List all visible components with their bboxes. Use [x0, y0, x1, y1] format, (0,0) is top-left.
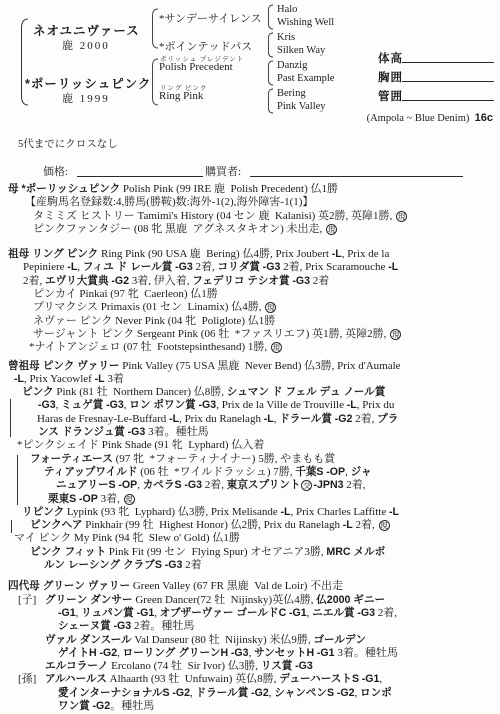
text-segment: サンセットH [254, 647, 314, 659]
text-segment: グリーン ヴァリー [43, 580, 130, 592]
text-segment: Ercolano (74 牡 Sir Ivor) 仏3勝, [108, 660, 260, 672]
text-segment: -G3 [184, 479, 202, 491]
text-segment: リュパン賞 [81, 607, 134, 619]
text-segment: ローリング グリーンH [123, 647, 229, 659]
brace-icon [267, 60, 274, 86]
grandparent-name: Bering [277, 88, 326, 101]
text-segment: -G3 [38, 399, 56, 411]
text-segment: 2着, [375, 607, 397, 619]
text-segment: マイ ピンク My Pink (94 牝 Slew o' Gold) 仏1勝 [14, 532, 240, 544]
measurement-label-cannon: 管囲 [378, 88, 403, 104]
status-circle: 現 [390, 329, 401, 340]
text-segment: -L [280, 506, 290, 518]
text-line: フォーティエース (97 牝 *フォーティナイナー) 5勝, やまもも賞 [0, 453, 500, 466]
text-line: ヴァル ダンスール Val Danseur (80 牡 Nijinsky) 米仏… [0, 634, 500, 647]
text-segment: 仏2000 ギニー [316, 594, 385, 606]
text-segment: -G3 [175, 261, 193, 273]
text-segment: Green Dancer(72 牡 Nijinsky)英仏4勝, [133, 594, 317, 606]
text-segment: ピンクヘア [30, 519, 82, 531]
price-field [77, 164, 203, 177]
text-segment: ネヴァー ピンク Never Pink (04 牝 Poliglote) 仏1勝 [33, 315, 275, 327]
text-segment: , Prix de la Ville de Trouville [216, 399, 347, 411]
grandparent-name: Past Example [277, 73, 334, 86]
tree-line [17, 455, 18, 505]
text-segment: -G2 [251, 687, 269, 699]
brace-icon [151, 8, 159, 49]
text-segment: -L [95, 373, 105, 385]
grandparent-pair: BeringPink Valley [277, 88, 326, 113]
text-segment: [子] [18, 594, 45, 607]
text-segment: ピンクファンタジー (08 牝 黒鹿 アグネスタキオン) 未出走, [33, 223, 325, 235]
text-segment: 2着 [182, 559, 201, 571]
text-segment: カペラS [143, 479, 182, 491]
text-segment: -G1 [362, 673, 380, 685]
text-segment: アルハールス [45, 673, 107, 685]
text-segment: -G2 [337, 687, 355, 699]
text-segment: 栗東S [48, 493, 76, 505]
text-segment: -OP [118, 479, 137, 491]
grandparent-pair: HaloWishing Well [277, 4, 334, 29]
text-segment: 2着, [202, 479, 227, 491]
family-number: 16c [475, 112, 493, 124]
text-segment: -G3 [165, 559, 183, 571]
text-segment: -L [264, 413, 274, 425]
status-circle: 現 [265, 302, 276, 313]
text-line: ティアップワイルド (06 牡 *ワイルドラッシュ) 7勝, 千葉S -OP, … [0, 466, 500, 479]
grandparent-pair: KrisSilken Way [277, 32, 325, 57]
pedigree-notes: 母 *ポーリッシュピンク Polish Pink (99 IRE 鹿 Polis… [0, 183, 500, 713]
text-segment: リス賞 [261, 660, 293, 672]
text-segment: Lypink (93 牝 Lyphard) 仏3勝, Prix Melisand… [64, 506, 280, 518]
text-segment: 2着, Prix Scaramouche [280, 261, 388, 273]
dam-detail: 鹿 1999 [62, 90, 110, 106]
text-segment: 2着, [344, 479, 366, 491]
text-segment: , Prix Charles Laffitte [290, 506, 388, 518]
text-segment: フィユ ド レール賞 [83, 261, 173, 273]
text-segment: Green Valley (67 FR 黒鹿 Val de Loir) 不出走 [130, 580, 343, 592]
grandparent-pair: DanzigPast Example [277, 60, 334, 85]
text-segment: 3着, 伊入着, [129, 275, 192, 287]
text-line: プリマクシス Primaxis (01 セン Linamix) 仏4勝, 現 [0, 301, 500, 314]
text-segment: ピンカイ Pinkai (97 牝 Caerleon) 仏1勝 [33, 288, 218, 300]
text-line: ネヴァー ピンク Never Pink (04 牝 Poliglote) 仏1勝 [0, 315, 500, 328]
text-line: 愛インターナショナルS -G2, ドラール賞 -G2, シャンペンS -G2, … [0, 687, 500, 700]
text-segment: -G3 [106, 399, 124, 411]
text-segment: -G3 [199, 399, 217, 411]
text-line: [孫]アルハールス Alhaarth (93 牡 Unfuwain) 英仏8勝,… [0, 673, 500, 686]
text-segment: (97 牝 *フォーティナイナー) 5勝, やまもも賞 [113, 453, 335, 465]
parent-name: *ポインテッドパス [159, 38, 252, 54]
text-line: 2着, エヴリ大賞典 -G2 3着, 伊入着, フェデリコ テシオ賞 -G3 2… [0, 275, 500, 288]
family-line-text: (Ampola ~ Blue Denim) [367, 113, 470, 124]
text-segment: リング ピンク [32, 248, 98, 260]
text-segment: シャンペンS [274, 687, 334, 699]
text-segment: 2着。種牡馬 [131, 620, 194, 632]
text-segment: 。種牡馬 [110, 700, 154, 712]
text-segment: 曾祖母 [8, 360, 43, 372]
text-segment: -G3 [128, 426, 146, 438]
text-line: ピンクヘア Pinkhair (99 牡 Highest Honor) 仏2勝,… [0, 519, 500, 532]
text-segment: 四代母 [8, 580, 43, 592]
text-segment: *ナイトアンジェロ (07 牡 Footstepsinthesand) 1勝, [29, 341, 270, 353]
text-segment: タミミズ ヒストリー Tamimi's History (04 セン 鹿 Kal… [33, 210, 395, 222]
text-line: -G1, リュパン賞 -G1, オブザーヴァー ゴールドC -G1, ニエル賞 … [0, 607, 500, 620]
text-segment: デューハーストS [279, 673, 359, 685]
text-segment: 3着。種牡馬 [145, 426, 208, 438]
grandparent-name: Pink Valley [277, 101, 326, 114]
text-line: Pepiniere -L, フィユ ド レール賞 -G3 2着, コリダ賞 -G… [0, 261, 500, 274]
text-segment: -G3 [357, 607, 375, 619]
text-segment: -L [169, 413, 179, 425]
text-line: ピンク フィット Pink Fit (99 セン Flying Spur) オセ… [0, 546, 500, 559]
status-circle: 現 [396, 211, 407, 222]
status-circle: 交 [301, 480, 312, 491]
measurement-label-girth: 胸囲 [378, 69, 403, 85]
text-segment: -G1 [289, 607, 307, 619]
text-segment: サージャント ピンク Sergeant Pink (06 牡 *ファスリエフ) … [33, 328, 389, 340]
parent-name: *サンデーサイレンス [159, 10, 262, 26]
buyer-label: 購買者: [205, 163, 241, 179]
catalog-page: ネオユニヴァース 鹿 2000 *ポーリッシュピンク 鹿 1999 *サンデーサ… [0, 0, 500, 714]
text-segment: -G1 [317, 647, 335, 659]
text-segment: 【産駒馬名登録数:4,勝馬(勝鞍)数:海外-1(2),海外障害-1(1)】 [25, 196, 313, 208]
text-segment: -L [332, 248, 342, 260]
text-line: ルン レーシング クラブS -G3 2着 [0, 559, 500, 572]
text-line: マイ ピンク My Pink (94 牝 Slew o' Gold) 仏1勝 [0, 532, 500, 545]
text-segment: , Prix du [357, 399, 395, 411]
text-segment: 3着 [105, 373, 124, 385]
text-segment: フェデリコ テシオ賞 [192, 275, 289, 287]
status-circle: 現 [326, 224, 337, 235]
text-segment: 3着。種牡馬 [335, 647, 398, 659]
grandparent-name: Wishing Well [277, 17, 334, 30]
text-segment: [孫] [18, 673, 45, 686]
text-line: ンス ドランジュ賞 -G3 3着。種牡馬 [0, 426, 500, 439]
section-granddam: 祖母 リング ピンク Ring Pink (90 USA 鹿 Bering) 仏… [0, 248, 500, 354]
text-line: *ピンクシェイド Pink Shade (91 牝 Lyphard) 仏入着 [0, 439, 500, 452]
text-segment: , Prix de la [342, 248, 390, 260]
measurement-field [402, 69, 494, 82]
grandparent-name: Silken Way [277, 45, 325, 58]
text-segment: Pepiniere [23, 261, 67, 273]
text-segment: 愛インターナショナルS [58, 687, 170, 699]
family-line: (Ampola ~ Blue Denim) 16c [367, 112, 493, 124]
parent-name: Ring Pink [159, 90, 203, 102]
brace-icon [267, 88, 274, 114]
text-segment: Haras de Fresnay-Le-Buffard [37, 413, 169, 425]
text-segment: -G2 [172, 687, 190, 699]
parent-name: Polish Precedent [159, 61, 233, 73]
tree-line [10, 399, 11, 437]
brace-icon [20, 18, 29, 106]
text-segment: ピンク フィット [30, 546, 106, 558]
grandparent-name: Halo [277, 4, 334, 17]
text-segment: ルン レーシング クラブS [44, 559, 162, 571]
measurement-field [402, 88, 494, 101]
text-segment: Val Danseur (80 牡 Nijinsky) 米仏9勝, [132, 634, 314, 646]
text-segment: Alhaarth (93 牡 Unfuwain) 英仏8勝, [107, 673, 279, 685]
text-segment: -OP [79, 493, 98, 505]
text-segment: シェーヌ賞 [58, 620, 111, 632]
text-segment: -L [389, 506, 399, 518]
text-segment: -G2 [335, 413, 353, 425]
text-segment: ヴァル ダンスール [45, 634, 132, 646]
text-segment: ニュアリーS [56, 479, 116, 491]
text-line: 祖母 リング ピンク Ring Pink (90 USA 鹿 Bering) 仏… [0, 248, 500, 261]
text-segment: ワン賞 [58, 700, 90, 712]
section-dam: 母 *ポーリッシュピンク Polish Pink (99 IRE 鹿 Polis… [0, 183, 500, 236]
text-line: 【産駒馬名登録数:4,勝馬(勝鞍)数:海外-1(2),海外障害-1(1)】 [0, 196, 500, 209]
text-line: ピンク Pink (81 牡 Northern Dancer) 仏8勝, シュマ… [0, 386, 500, 399]
text-line: *ナイトアンジェロ (07 牡 Footstepsinthesand) 1勝, … [0, 341, 500, 354]
text-line: 栗東S -OP 3着, 現 [0, 493, 500, 506]
text-segment: 千葉S [295, 466, 323, 478]
text-segment: -G1 [137, 607, 155, 619]
text-segment: Pink Valley (75 USA 黒鹿 Never Bend) 仏3勝, … [120, 360, 401, 372]
text-segment: グリーン ダンサー [45, 594, 133, 606]
text-segment: 東京スプリント [227, 479, 301, 491]
text-segment: Pink (81 牡 Northern Dancer) 仏8勝, [54, 386, 227, 398]
text-line: 曾祖母 ピンク ヴァリー Pink Valley (75 USA 黒鹿 Neve… [0, 360, 500, 373]
measurement-field [402, 50, 494, 63]
text-segment: エヴリ大賞典 [45, 275, 109, 287]
tree-line [11, 520, 12, 533]
status-circle: 現 [271, 342, 282, 353]
text-segment: シュマン ド フェル デュ ノール賞 [227, 386, 386, 398]
text-segment: ドラール賞 [196, 687, 249, 699]
text-line: Haras de Fresnay-Le-Buffard -L, Prix du … [0, 413, 500, 426]
text-line: 四代母 グリーン ヴァリー Green Valley (67 FR 黒鹿 Val… [0, 580, 500, 593]
text-segment: -G2 [99, 647, 117, 659]
text-segment: -G3 [295, 660, 313, 672]
text-line: エルコラーノ Ercolano (74 牡 Sir Ivor) 仏3勝, リス賞… [0, 660, 500, 673]
text-segment: MRC メルボ [326, 546, 385, 558]
text-line: ワン賞 -G2。種牡馬 [0, 700, 500, 713]
text-segment: ゴールデン [313, 634, 366, 646]
section-great-granddam: 曾祖母 ピンク ヴァリー Pink Valley (75 USA 黒鹿 Neve… [0, 360, 500, 573]
text-segment: 母 [8, 183, 22, 195]
text-segment: -G2 [111, 275, 129, 287]
text-line: ピンクファンタジー (08 牝 黒鹿 アグネスタキオン) 未出走, 現 [0, 223, 500, 236]
text-segment: プラ [377, 413, 398, 425]
text-line: ピンカイ Pinkai (97 牝 Caerleon) 仏1勝 [0, 288, 500, 301]
status-circle: 現 [124, 494, 135, 505]
text-segment: 2着, [23, 275, 45, 287]
measurement-label-height: 体高 [378, 50, 403, 66]
cross-note: 5代までにクロスなし [18, 136, 118, 151]
buyer-field [250, 164, 463, 177]
text-segment: ドラール賞 [279, 413, 332, 425]
text-segment: ンス ドランジュ賞 [38, 426, 125, 438]
text-segment: エルコラーノ [45, 660, 108, 672]
text-segment: 2着 [310, 275, 329, 287]
text-segment: コリダ賞 [218, 261, 260, 273]
text-segment: ロン ポワン賞 [129, 399, 196, 411]
text-segment: プリマクシス Primaxis (01 セン Linamix) 仏4勝, [33, 301, 264, 313]
text-segment: -L [14, 373, 24, 385]
text-segment: , [379, 673, 382, 685]
text-segment: ゲイトH [58, 647, 97, 659]
text-segment: Pinkhair (99 牡 Highest Honor) 仏2勝, Prix … [82, 519, 342, 531]
text-segment: *ポーリッシュピンク [22, 183, 121, 195]
text-segment: -L [343, 519, 353, 531]
text-segment: Pink Fit (99 セン Flying Spur) オセアニア3勝, [106, 546, 326, 558]
text-segment: リピンク [22, 506, 64, 518]
text-line: -G3, ミュゲ賞 -G3, ロン ポワン賞 -G3, Prix de la V… [0, 399, 500, 412]
text-segment: ティアップワイルド [44, 466, 137, 478]
text-segment: ジャ [351, 466, 372, 478]
text-segment: オブザーヴァー ゴールドC [160, 607, 287, 619]
text-line: 母 *ポーリッシュピンク Polish Pink (99 IRE 鹿 Polis… [0, 183, 500, 196]
sire-detail: 鹿 2000 [62, 37, 110, 53]
text-segment: ピンク ヴァリー [43, 360, 120, 372]
brace-icon [267, 4, 274, 30]
text-segment: Polish Pink (99 IRE 鹿 Polish Precedent) … [120, 183, 338, 195]
status-circle: 現 [379, 520, 390, 531]
price-label: 価格: [43, 163, 68, 179]
text-segment: , Prix du Ranelagh [179, 413, 264, 425]
text-segment: 祖母 [8, 248, 32, 260]
text-segment: Ring Pink (90 USA 鹿 Bering) 仏4勝, Prix Jo… [98, 248, 331, 260]
text-segment: -G3 [263, 261, 281, 273]
text-segment: ピンク [22, 386, 54, 398]
text-line: サージャント ピンク Sergeant Pink (06 牡 *ファスリエフ) … [0, 328, 500, 341]
brace-icon [151, 58, 159, 106]
text-line: ゲイトH -G2, ローリング グリーンH -G3, サンセットH -G1 3着… [0, 647, 500, 660]
text-segment: *ピンクシェイド Pink Shade (91 牝 Lyphard) 仏入着 [17, 439, 264, 451]
text-line: [子]グリーン ダンサー Green Dancer(72 牡 Nijinsky)… [0, 594, 500, 607]
text-segment: -G3 [114, 620, 132, 632]
grandparent-name: Kris [277, 32, 325, 45]
text-line: ニュアリーS -OP, カペラS -G3 2着, 東京スプリント交-JPN3 2… [0, 479, 500, 492]
brace-icon [267, 32, 274, 58]
text-segment: フォーティエース [30, 453, 113, 465]
text-segment: 3着, [98, 493, 123, 505]
text-segment: , Prix Yacowlef [24, 373, 95, 385]
text-segment: -G3 [292, 275, 310, 287]
grandparent-name: Danzig [277, 60, 334, 73]
text-segment: 2着, [353, 519, 378, 531]
text-segment: -JPN3 [313, 479, 343, 491]
text-segment: 2着, [193, 261, 218, 273]
text-segment: ニエル賞 [312, 607, 354, 619]
text-line: シェーヌ賞 -G3 2着。種牡馬 [0, 620, 500, 633]
text-segment: 2着, [352, 413, 377, 425]
text-segment: -G3 [231, 647, 249, 659]
text-segment: -L [67, 261, 77, 273]
text-line: リピンク Lypink (93 牝 Lyphard) 仏3勝, Prix Mel… [0, 506, 500, 519]
text-segment: -G1 [58, 607, 76, 619]
text-line: -L, Prix Yacowlef -L 3着 [0, 373, 500, 386]
text-line: タミミズ ヒストリー Tamimi's History (04 セン 鹿 Kal… [0, 210, 500, 223]
text-segment: ロンポ [360, 687, 392, 699]
text-segment: -L [347, 399, 357, 411]
text-segment: -G2 [93, 700, 111, 712]
text-segment: -L [388, 261, 398, 273]
section-fourth-dam: 四代母 グリーン ヴァリー Green Valley (67 FR 黒鹿 Val… [0, 580, 500, 713]
text-segment: ミュゲ賞 [61, 399, 103, 411]
text-segment: (06 牡 *ワイルドラッシュ) 7勝, [137, 466, 295, 478]
text-segment: -OP [326, 466, 345, 478]
